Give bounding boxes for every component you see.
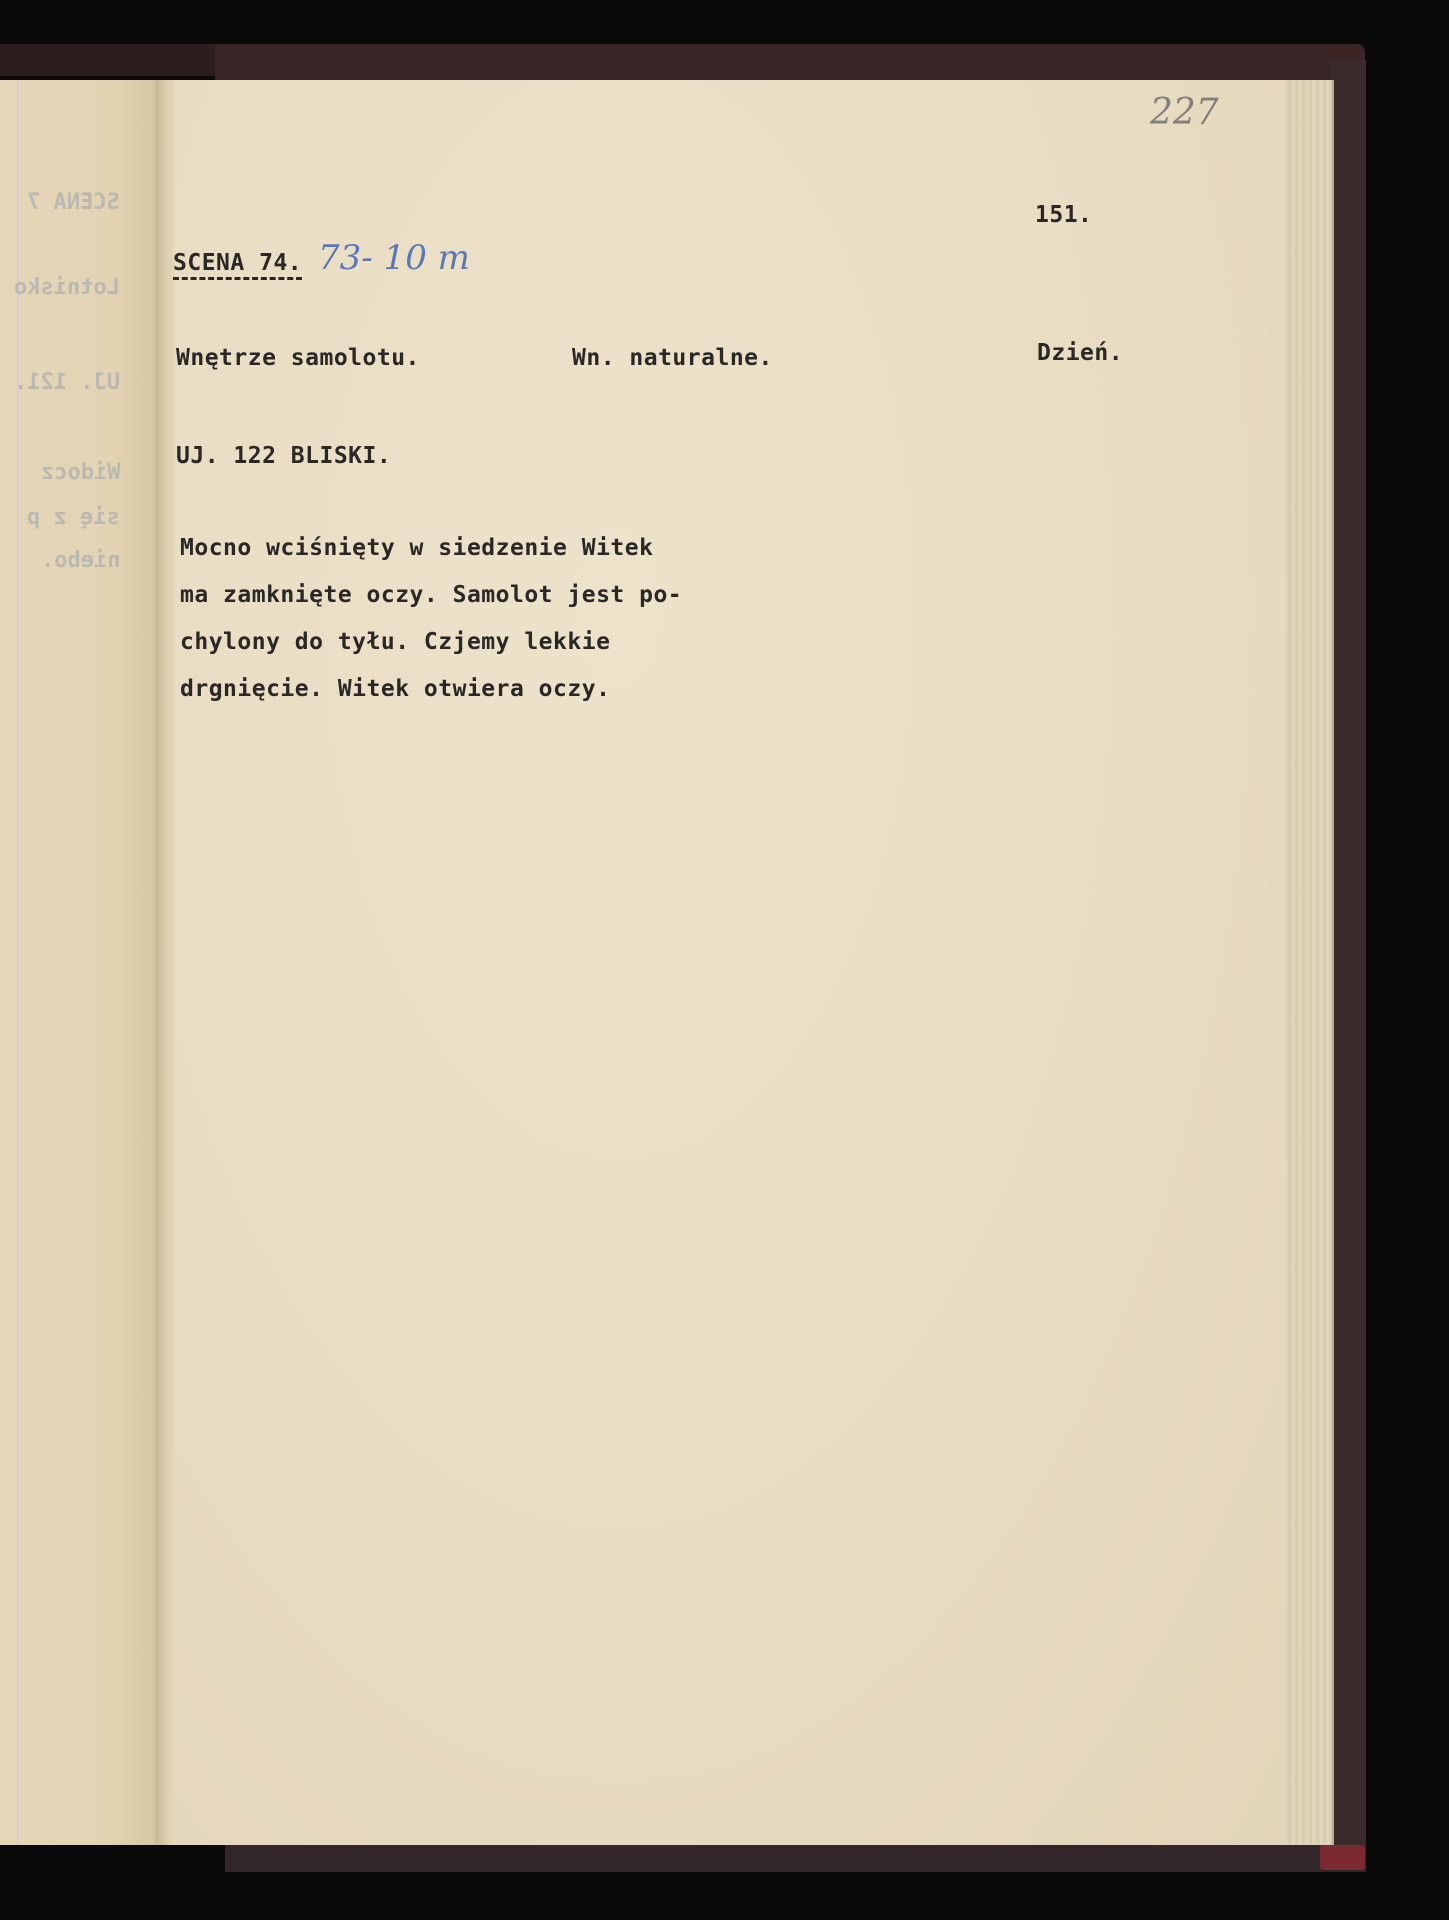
- location-text: Wnętrze samolotu.: [176, 345, 420, 371]
- bleed-through-line: SCENA 7: [27, 190, 120, 215]
- bleed-through-line: się z p: [27, 505, 120, 530]
- bleed-through-line: niebo.: [41, 548, 120, 573]
- book-cover-left-edge: [0, 44, 215, 76]
- scene-label: SCENA 74.: [173, 250, 302, 280]
- book-cover-right: [1330, 60, 1366, 1870]
- description-line: Mocno wciśnięty w siedzenie Witek: [180, 525, 682, 572]
- setting-text: Wn. naturalne.: [572, 345, 773, 371]
- scene-heading: SCENA 74.: [173, 250, 302, 276]
- description-line: drgnięcie. Witek otwiera oczy.: [180, 666, 682, 713]
- bleed-through-line: UJ. 121.: [14, 370, 120, 395]
- book-gutter: [155, 80, 177, 1845]
- scene-description: Mocno wciśnięty w siedzenie Witek ma zam…: [180, 525, 682, 713]
- description-line: ma zamknięte oczy. Samolot jest po-: [180, 572, 682, 619]
- left-page: SCENA 7 Lotnisko UJ. 121. Widocz się z p…: [0, 80, 160, 1845]
- bleed-through-line: Lotnisko: [14, 275, 120, 300]
- book-cover-top: [215, 44, 1365, 84]
- handwritten-page-number: 227: [1150, 92, 1219, 133]
- cover-corner-wear: [1320, 1845, 1365, 1870]
- bleed-through-line: Widocz: [41, 460, 120, 485]
- shot-line: UJ. 122 BLISKI.: [176, 443, 391, 469]
- scene-number-correction: 73- 10 m: [318, 238, 470, 278]
- typed-page-number: 151.: [1035, 202, 1092, 228]
- page-edge-stack: [1285, 80, 1334, 1845]
- scene-number-struck: 74.: [259, 250, 302, 276]
- time-of-day-text: Dzień.: [1037, 340, 1123, 366]
- book-cover-bottom: [225, 1845, 1366, 1872]
- scene-label-text: SCENA: [173, 250, 245, 276]
- left-page-margin-line: [17, 80, 19, 1845]
- description-line: chylony do tyłu. Czjemy lekkie: [180, 619, 682, 666]
